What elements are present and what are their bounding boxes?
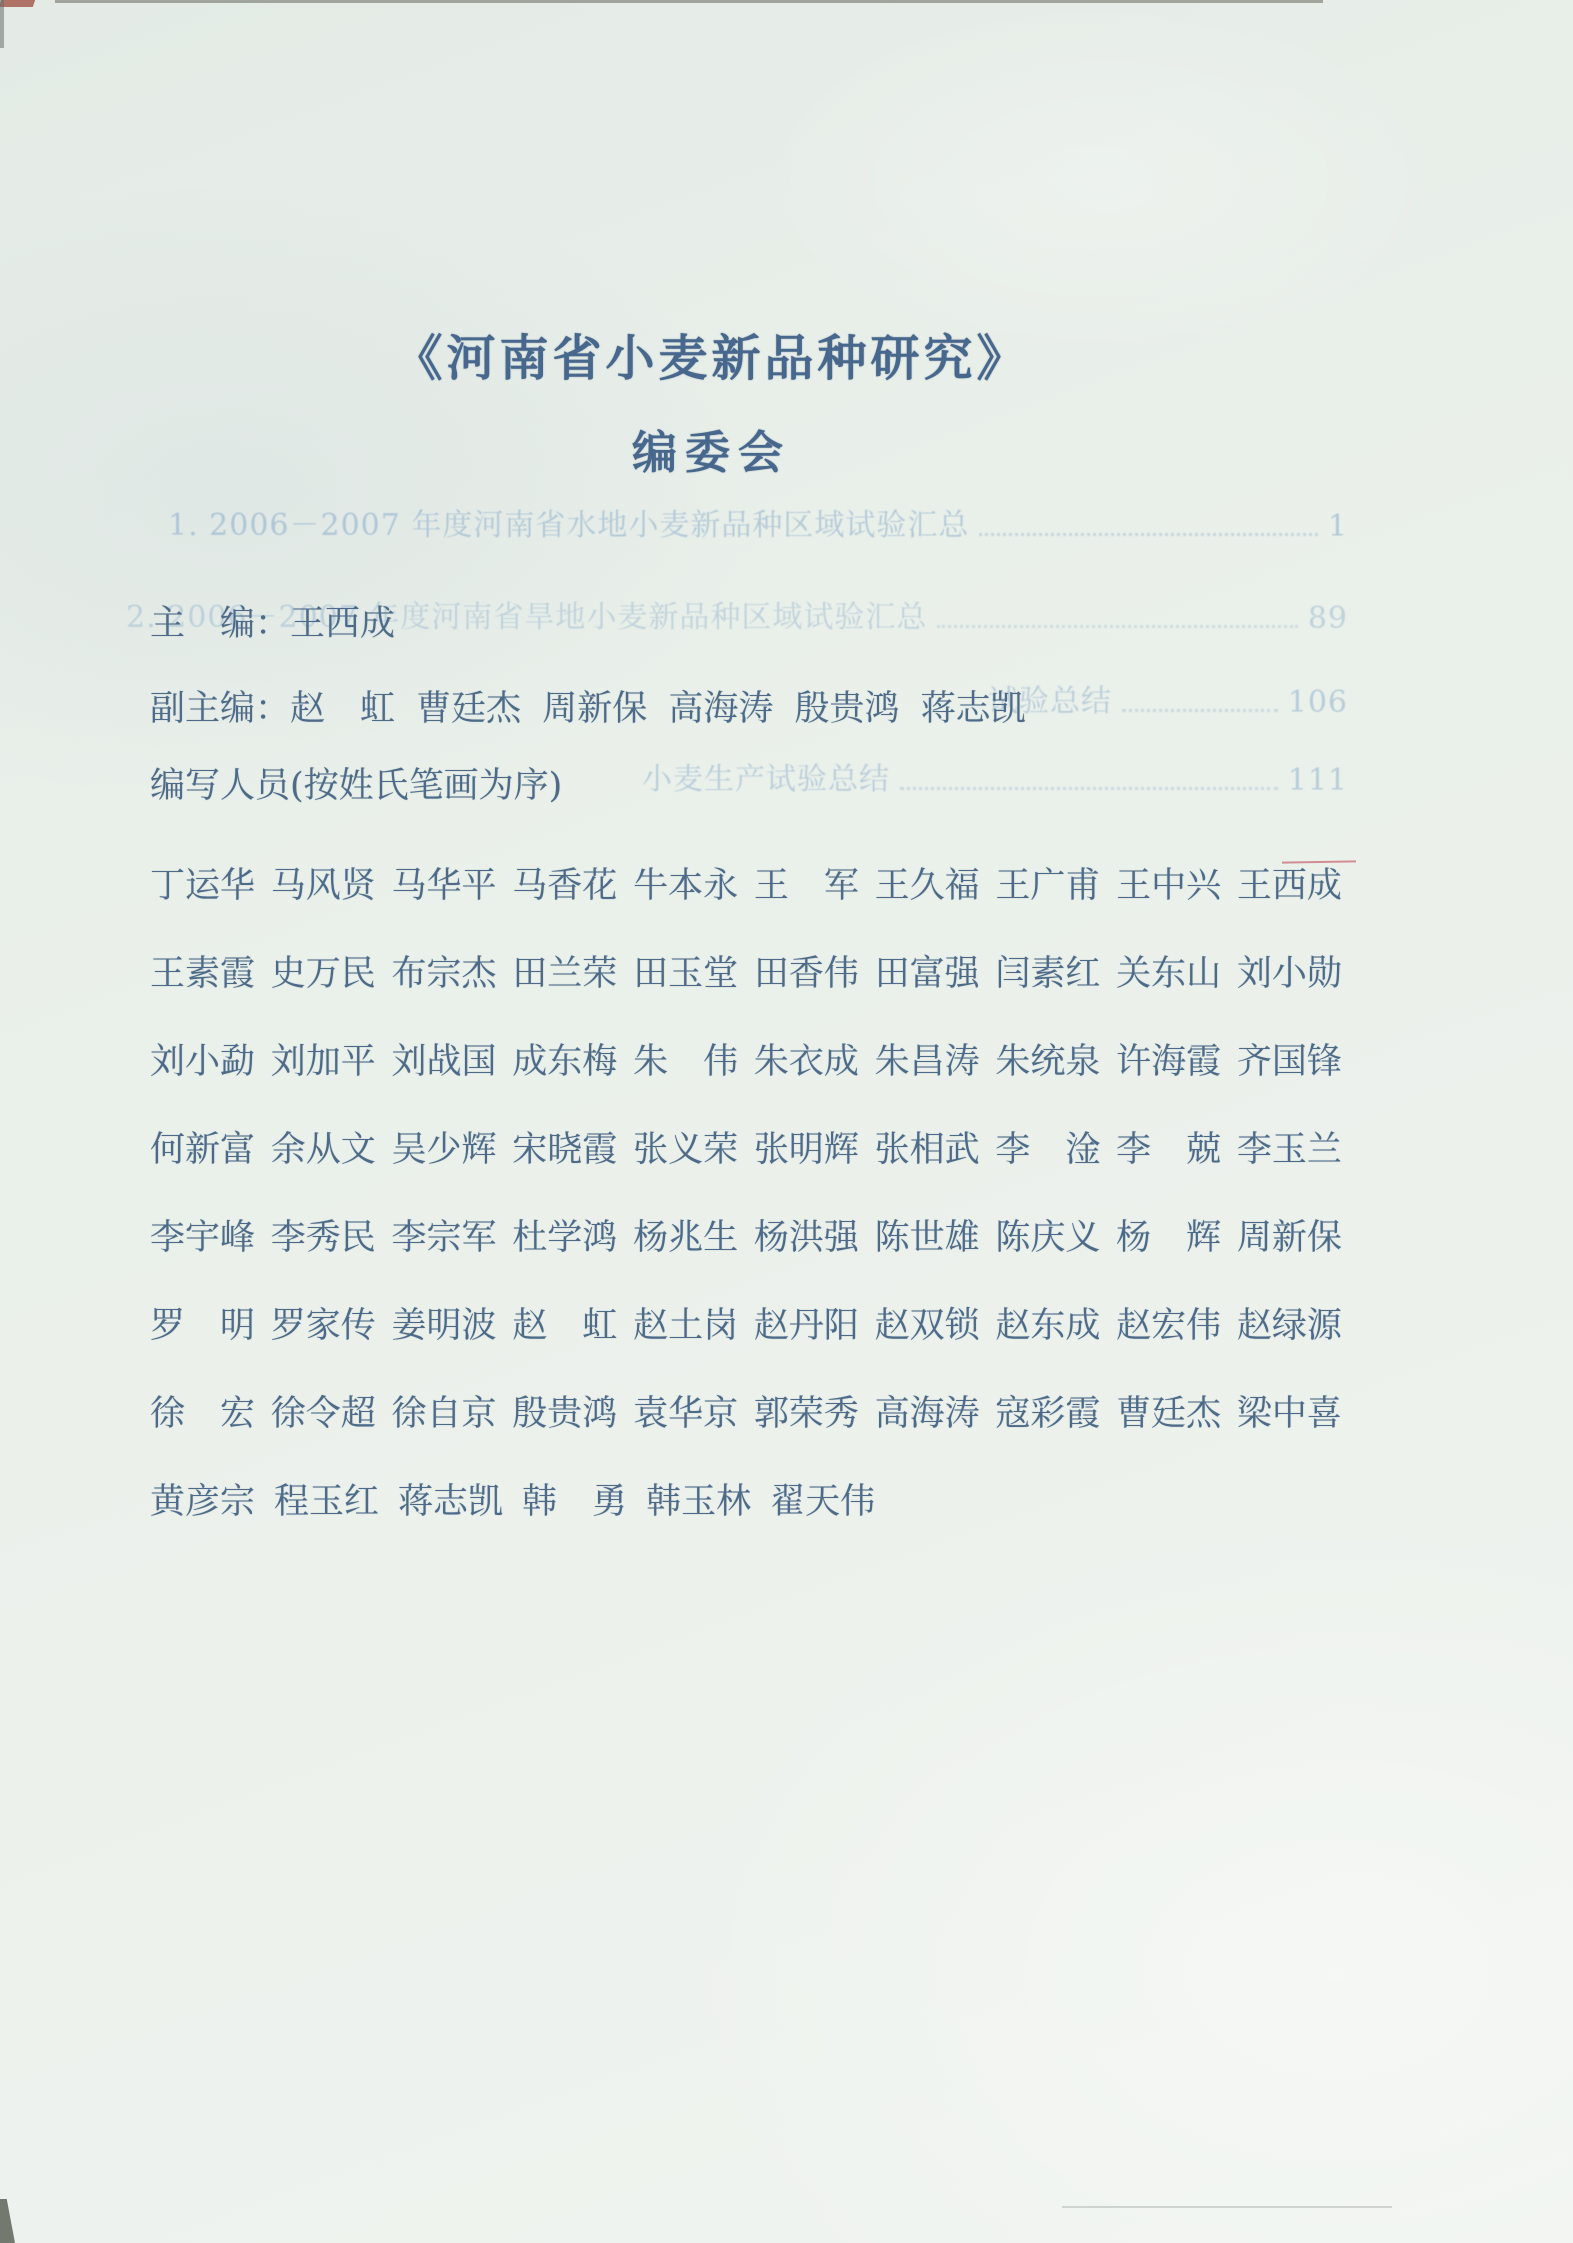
- person-name: 赵宏伟: [1116, 1298, 1221, 1348]
- deputy-editors-label: 副主编：: [150, 689, 290, 729]
- person-name: 杨兆生: [633, 1210, 738, 1260]
- person-name: 高海涛: [875, 1386, 980, 1436]
- person-name: 姜明波: [392, 1298, 497, 1348]
- deputy-editors-line: 副主编：赵 虹 曹廷杰 周新保 高海涛 殷贵鸿 蒋志凯: [150, 681, 1026, 731]
- person-name: 马香花: [512, 858, 617, 908]
- page-content: 《河南省小麦新品种研究》 编委会 主 编：王西成 副主编：赵 虹 曹廷杰 周新保…: [0, 0, 1573, 2243]
- person-name: 陈世雄: [875, 1210, 980, 1260]
- person-name: 徐令超: [271, 1386, 376, 1436]
- person-name: 丁运华: [150, 858, 255, 908]
- person-name: 李宗军: [392, 1210, 497, 1260]
- roster-row: 何新富余从文吴少辉宋晓霞张义荣张明辉张相武李 淦李 兢李玉兰: [150, 1122, 1342, 1210]
- person-name: 李 淦: [995, 1122, 1100, 1172]
- person-name: 曹廷杰: [1116, 1386, 1221, 1436]
- person-name: 牛本永: [633, 858, 738, 908]
- roster-row: 徐 宏徐令超徐自京殷贵鸿袁华京郭荣秀高海涛寇彩霞曹廷杰梁中喜: [150, 1386, 1342, 1474]
- person-name: 齐国锋: [1237, 1034, 1342, 1084]
- person-name: 田富强: [875, 946, 980, 996]
- person-name: 余从文: [271, 1122, 376, 1172]
- chief-editor-label: 主 编：: [150, 604, 290, 644]
- person-name: 刘小勋: [1237, 946, 1342, 996]
- person-name: 张明辉: [754, 1122, 859, 1172]
- person-name: 程玉红: [274, 1474, 379, 1524]
- person-name: 周新保: [1237, 1210, 1342, 1260]
- person-name: 吴少辉: [392, 1122, 497, 1172]
- person-name: 杨洪强: [754, 1210, 859, 1260]
- person-name: 成东梅: [512, 1034, 617, 1084]
- person-name: 郭荣秀: [754, 1386, 859, 1436]
- person-name: 朱统泉: [995, 1034, 1100, 1084]
- person-name: 刘战国: [392, 1034, 497, 1084]
- person-name: 陈庆义: [995, 1210, 1100, 1260]
- committee-heading: 编委会: [0, 416, 1423, 481]
- person-name: 李玉兰: [1237, 1122, 1342, 1172]
- roster-row: 丁运华马风贤马华平马香花牛本永王 军王久福王广甫王中兴王西成: [150, 858, 1342, 946]
- person-name: 关东山: [1116, 946, 1221, 996]
- person-name: 田兰荣: [512, 946, 617, 996]
- person-name: 赵土岗: [633, 1298, 738, 1348]
- person-name: 朱 伟: [633, 1034, 738, 1084]
- roster-row: 王素霞史万民布宗杰田兰荣田玉堂田香伟田富强闫素红关东山刘小勋: [150, 946, 1342, 1034]
- roster-row: 刘小勐刘加平刘战国成东梅朱 伟朱衣成朱昌涛朱统泉许海霞齐国锋: [150, 1034, 1342, 1122]
- person-name: 马华平: [392, 858, 497, 908]
- person-name: 赵绿源: [1237, 1298, 1342, 1348]
- person-name: 刘加平: [271, 1034, 376, 1084]
- person-name: 赵双锁: [875, 1298, 980, 1348]
- roster-row: 罗 明罗家传姜明波赵 虹赵土岗赵丹阳赵双锁赵东成赵宏伟赵绿源: [150, 1298, 1342, 1386]
- person-name: 朱衣成: [754, 1034, 859, 1084]
- person-name: 王西成: [1237, 858, 1342, 908]
- person-name: 黄彦宗: [150, 1474, 255, 1524]
- person-name: 刘小勐: [150, 1034, 255, 1084]
- person-name: 韩玉林: [646, 1474, 751, 1524]
- person-name: 罗家传: [271, 1298, 376, 1348]
- roster-name-rows: 丁运华马风贤马华平马香花牛本永王 军王久福王广甫王中兴王西成王素霞史万民布宗杰田…: [150, 858, 1342, 1562]
- roster-heading: 编写人员(按姓氏笔画为序): [150, 758, 562, 808]
- person-name: 王广甫: [995, 858, 1100, 908]
- person-name: 田香伟: [754, 946, 859, 996]
- book-title: 《河南省小麦新品种研究》: [0, 320, 1423, 390]
- person-name: 田玉堂: [633, 946, 738, 996]
- person-name: 马风贤: [271, 858, 376, 908]
- chief-editor-name: 王西成: [290, 604, 395, 644]
- person-name: 梁中喜: [1237, 1386, 1342, 1436]
- person-name: 翟天伟: [770, 1474, 875, 1524]
- person-name: 闫素红: [995, 946, 1100, 996]
- person-name: 许海霞: [1116, 1034, 1221, 1084]
- person-name: 王 军: [754, 858, 859, 908]
- person-name: 殷贵鸿: [512, 1386, 617, 1436]
- person-name: 张义荣: [633, 1122, 738, 1172]
- person-name: 罗 明: [150, 1298, 255, 1348]
- person-name: 宋晓霞: [512, 1122, 617, 1172]
- person-name: 朱昌涛: [875, 1034, 980, 1084]
- deputy-editors-names: 赵 虹 曹廷杰 周新保 高海涛 殷贵鸿 蒋志凯: [290, 689, 1026, 729]
- person-name: 赵东成: [995, 1298, 1100, 1348]
- person-name: 何新富: [150, 1122, 255, 1172]
- person-name: 王中兴: [1116, 858, 1221, 908]
- person-name: 王久福: [875, 858, 980, 908]
- person-name: 王素霞: [150, 946, 255, 996]
- person-name: 赵丹阳: [754, 1298, 859, 1348]
- person-name: 李秀民: [271, 1210, 376, 1260]
- person-name: 寇彩霞: [995, 1386, 1100, 1436]
- person-name: 袁华京: [633, 1386, 738, 1436]
- chief-editor-line: 主 编：王西成: [150, 596, 395, 646]
- person-name: 杨 辉: [1116, 1210, 1221, 1260]
- person-name: 徐自京: [392, 1386, 497, 1436]
- roster-row: 李宇峰李秀民李宗军杜学鸿杨兆生杨洪强陈世雄陈庆义杨 辉周新保: [150, 1210, 1342, 1298]
- person-name: 史万民: [271, 946, 376, 996]
- person-name: 赵 虹: [512, 1298, 617, 1348]
- person-name: 张相武: [875, 1122, 980, 1172]
- person-name: 徐 宏: [150, 1386, 255, 1436]
- person-name: 李宇峰: [150, 1210, 255, 1260]
- roster-row: 黄彦宗程玉红蒋志凯韩 勇韩玉林翟天伟: [150, 1474, 1342, 1562]
- person-name: 韩 勇: [522, 1474, 627, 1524]
- scanned-document-page: 1. 2006－2007 年度河南省水地小麦新品种区域试验汇总12. 2006－…: [0, 0, 1573, 2243]
- person-name: 蒋志凯: [398, 1474, 503, 1524]
- person-name: 杜学鸿: [512, 1210, 617, 1260]
- person-name: 布宗杰: [392, 946, 497, 996]
- person-name: 李 兢: [1116, 1122, 1221, 1172]
